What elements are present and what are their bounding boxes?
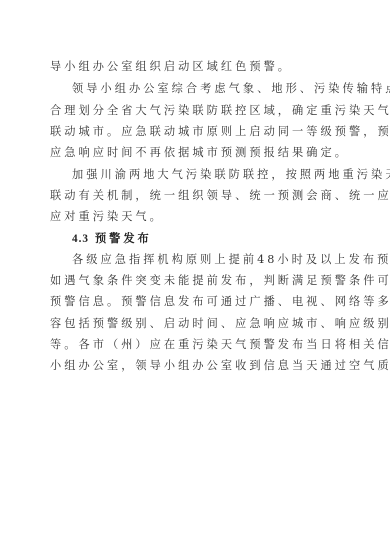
section-number: 4.3 [72,233,89,245]
text-line: 小组办公室，领导小组办公室收到信息当天通过空气质量预报联 [50,359,338,373]
text-line: 联动城市。应急联动城市原则上启动同一等级预警，预警等级和 [50,125,338,139]
text-line: 容包括预警级别、启动时间、应急响应城市、响应级别、气象条件 [50,317,338,331]
section-heading: 4.3预警发布 [72,231,360,245]
text-line: 领导小组办公室综合考虑气象、地形、污染传输特点等因素， [72,82,338,96]
text-line: 加强川渝两地大气污染联防联控，按照两地重污染天气应急 [72,168,338,182]
text-line: 应急响应时间不再依据城市预测预报结果确定。 [50,146,338,160]
text-line: 合理划分全省大气污染联防联控区域，确定重污染天气区域应急 [50,104,338,118]
text-line: 等。各市（州）应在重污染天气预警发布当日将相关信息报领导 [50,338,338,352]
text-line: 应对重污染天气。 [50,210,338,224]
document-page: 导小组办公室组织启动区域红色预警。 领导小组办公室综合考虑气象、地形、污染传输特… [0,0,390,551]
text-line: 导小组办公室组织启动区域红色预警。 [50,60,338,74]
text-line: 联动有关机制，统一组织领导、统一预测会商、统一应对响应，积极 [50,189,338,203]
section-title: 预警发布 [95,231,152,245]
text-line: 各级应急指挥机构原则上提前48小时及以上发布预警信息， [72,253,338,267]
text-line: 预警信息。预警信息发布可通过广播、电视、网络等多种渠道，内 [50,295,338,309]
text-line: 如遇气象条件突变未能提前发布，判断满足预警条件可立即发布 [50,274,338,288]
